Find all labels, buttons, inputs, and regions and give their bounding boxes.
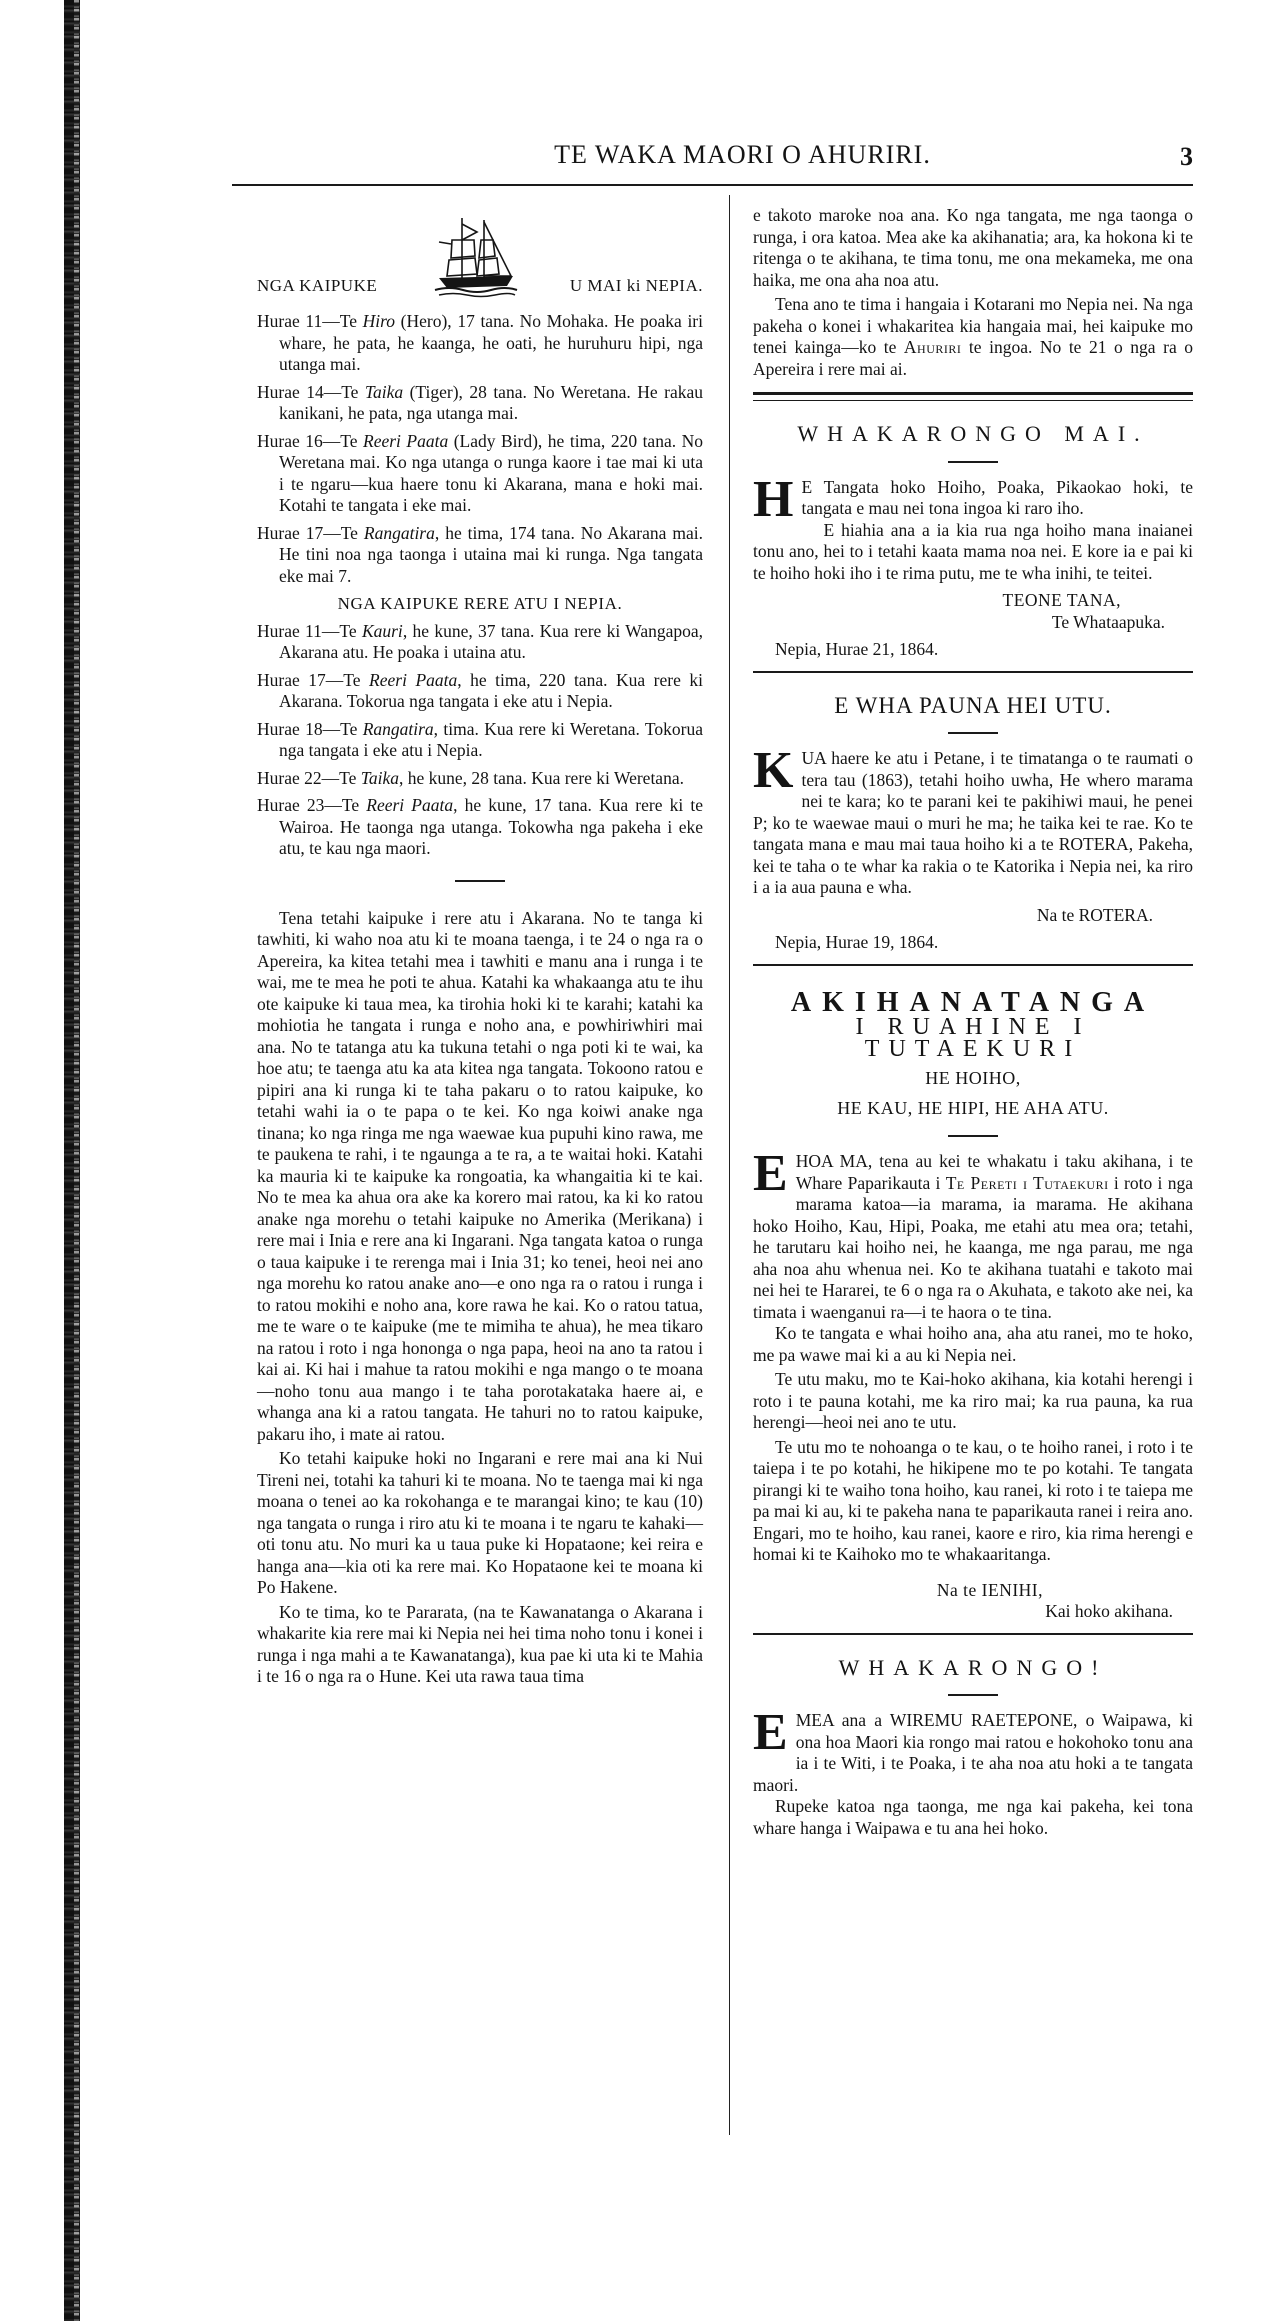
signature-name: Na te IENIHI, xyxy=(753,1580,1193,1602)
notice-date: Nepia, Hurae 19, 1864. xyxy=(753,932,1193,954)
left-column: NGA KAIPUKE U MAI ki NEPIA. Hurae 11—Te … xyxy=(257,205,703,1691)
title-rule xyxy=(948,732,998,734)
notice-body: Rupeke katoa nga taonga, me nga kai pake… xyxy=(753,1796,1193,1839)
ship-name: Taika xyxy=(361,768,399,788)
title-rule xyxy=(948,1135,998,1137)
section-divider xyxy=(455,880,505,882)
departure-entry: Hurae 17—Te Reeri Paata, he tima, 220 ta… xyxy=(257,670,703,713)
ship-name: Reeri Paata xyxy=(369,670,457,690)
signature-name: Na te ROTERA. xyxy=(753,905,1193,927)
article-paragraph: Tena tetahi kaipuke i rere atu i Akarana… xyxy=(257,908,703,1446)
column-divider xyxy=(729,195,730,2135)
notice-body: Te utu maku, mo te Kai-hoko akihana, kia… xyxy=(753,1369,1193,1434)
ship-name: Rangatira xyxy=(364,523,435,543)
section-divider xyxy=(753,964,1193,966)
signature-place: Te Whataapuka. xyxy=(753,612,1193,634)
departure-entry: Hurae 22—Te Taika, he kune, 28 tana. Kua… xyxy=(257,768,703,790)
notice-subtitle: HE HOIHO, xyxy=(753,1068,1193,1090)
signature-name: TEONE TANA, xyxy=(753,590,1193,612)
vessel-name: Ahuriri xyxy=(904,337,961,357)
departure-entry: Hurae 23—Te Reeri Paata, he kune, 17 tan… xyxy=(257,795,703,860)
ship-name: Reeri Paata xyxy=(366,795,453,815)
newspaper-title: TE WAKA MAORI O AHURIRI. xyxy=(232,140,1193,170)
notice-title: AKIHANATANGA xyxy=(753,992,1193,1014)
shipping-arrivals-heading: NGA KAIPUKE U MAI ki NEPIA. xyxy=(257,205,703,305)
notice-body: E HOA MA, tena au kei te whakatu i taku … xyxy=(753,1151,1193,1323)
notice-body: Ko te tangata e whai hoiho ana, aha atu … xyxy=(753,1323,1193,1366)
arrivals-heading-right: U MAI ki NEPIA. xyxy=(570,213,703,297)
venue-name: Te Pereti i Tutaekuri xyxy=(946,1173,1109,1193)
arrivals-heading-left: NGA KAIPUKE xyxy=(257,213,377,297)
signature-role: Kai hoko akihana. xyxy=(753,1601,1193,1623)
drop-cap: E xyxy=(753,1153,788,1195)
ship-name: Taika xyxy=(365,382,403,402)
ship-name: Reeri Paata xyxy=(363,431,448,451)
title-rule xyxy=(948,461,998,463)
ship-name: Rangatira xyxy=(363,719,434,739)
section-divider xyxy=(753,671,1193,673)
arrival-entry: Hurae 11—Te Hiro (Hero), 17 tana. No Moh… xyxy=(257,311,703,376)
notice-whakarongo-mai: WHAKARONGO MAI. HE Tangata hoko Hoiho, P… xyxy=(753,423,1193,661)
title-rule xyxy=(948,1694,998,1696)
arrival-entry: Hurae 14—Te Taika (Tiger), 28 tana. No W… xyxy=(257,382,703,425)
arrival-entry: Hurae 17—Te Rangatira, he tima, 174 tana… xyxy=(257,523,703,588)
ship-name: Hiro xyxy=(363,311,395,331)
notice-subtitle: HE KAU, HE HIPI, HE AHA ATU. xyxy=(753,1098,1193,1120)
sailing-ship-icon xyxy=(429,210,519,300)
notice-body: HE Tangata hoko Hoiho, Poaka, Pikaokao h… xyxy=(753,477,1193,520)
right-column: e takoto maroke noa ana. Ko nga tangata,… xyxy=(753,205,1193,1842)
departure-entry: Hurae 11—Te Kauri, he kune, 37 tana. Kua… xyxy=(257,621,703,664)
notice-whakarongo: WHAKARONGO! E MEA ana a WIREMU RAETEPONE… xyxy=(753,1657,1193,1840)
article-paragraph: Ko tetahi kaipuke hoki no Ingarani e rer… xyxy=(257,1448,703,1599)
departures-heading: NGA KAIPUKE RERE ATU I NEPIA. xyxy=(257,593,703,615)
notice-body: E MEA ana a WIREMU RAETEPONE, o Waipawa,… xyxy=(753,1710,1193,1796)
section-divider xyxy=(753,392,1193,401)
notice-body: Te utu mo te nohoanga o te kau, o te hoi… xyxy=(753,1437,1193,1566)
section-divider xyxy=(753,1633,1193,1635)
departure-entry: Hurae 18—Te Rangatira, tima. Kua rere ki… xyxy=(257,719,703,762)
scan-binding-edge xyxy=(64,0,80,2321)
running-header: TE WAKA MAORI O AHURIRI. 3 xyxy=(232,140,1193,180)
drop-cap: K xyxy=(753,750,793,792)
notice-title: WHAKARONGO! xyxy=(753,1657,1193,1679)
notice-auction: AKIHANATANGA I RUAHINE I TUTAEKURI HE HO… xyxy=(753,992,1193,1623)
drop-cap: H xyxy=(753,479,793,521)
notice-body: E hiahia ana a ia kia rua nga hoiho mana… xyxy=(753,520,1193,585)
article-paragraph: Tena ano te tima i hangaia i Kotarani mo… xyxy=(753,294,1193,380)
article-paragraph: Ko te tima, ko te Pararata, (na te Kawan… xyxy=(257,1602,703,1688)
arrival-entry: Hurae 16—Te Reeri Paata (Lady Bird), he … xyxy=(257,431,703,517)
notice-body: KUA haere ke atu i Petane, i te timatang… xyxy=(753,748,1193,899)
notice-title: E WHA PAUNA HEI UTU. xyxy=(753,695,1193,717)
page-number: 3 xyxy=(1180,142,1193,172)
notice-title-line2: I RUAHINE I TUTAEKURI xyxy=(753,1017,1193,1060)
notice-reward: E WHA PAUNA HEI UTU. KUA haere ke atu i … xyxy=(753,695,1193,954)
article-continuation: e takoto maroke noa ana. Ko nga tangata,… xyxy=(753,205,1193,291)
header-rule xyxy=(232,184,1193,186)
notice-title: WHAKARONGO MAI. xyxy=(753,423,1193,445)
ship-name: Kauri xyxy=(362,621,403,641)
notice-date: Nepia, Hurae 21, 1864. xyxy=(753,639,1193,661)
drop-cap: E xyxy=(753,1712,788,1754)
